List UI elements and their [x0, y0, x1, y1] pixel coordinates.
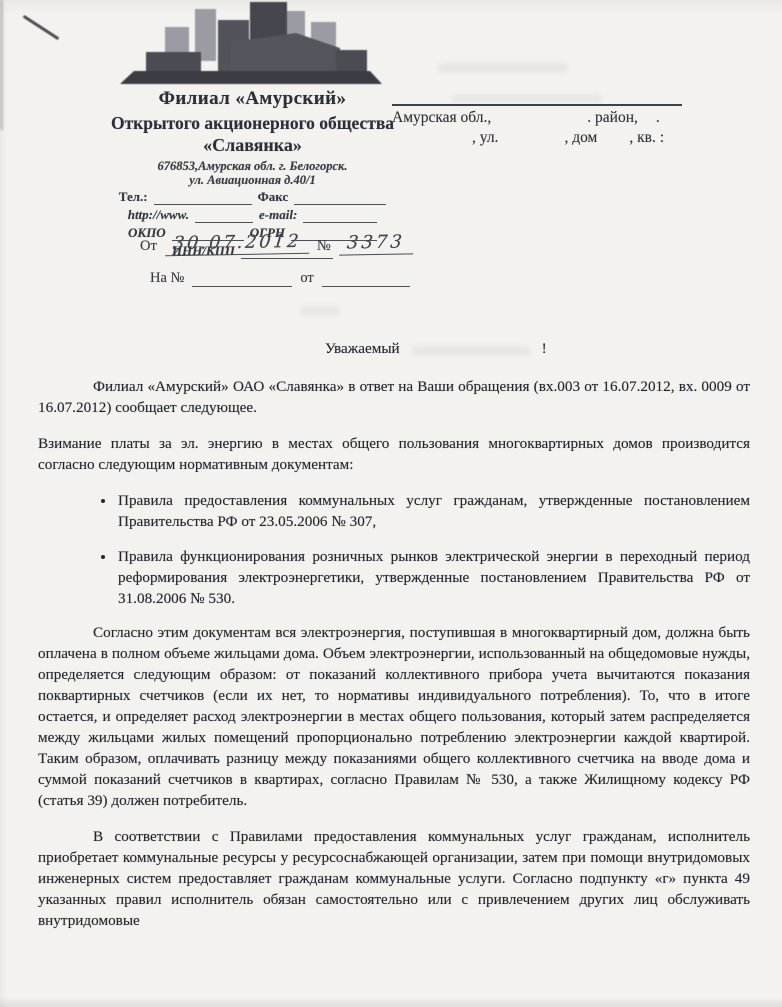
faint-ink-smudge	[300, 306, 340, 316]
org-name-line2: Открытого акционерного общества	[55, 113, 450, 133]
email-blank-line	[303, 210, 377, 223]
letterhead-tel-fax-row: Тел.: Факс	[55, 190, 450, 205]
pen-stroke-mark	[23, 15, 60, 40]
redaction-smudge	[438, 63, 568, 72]
recipient-region-text: Амурская обл.,	[392, 109, 491, 127]
na-number-label: На №	[150, 270, 184, 287]
scanned-letter-page: Филиал «Амурский» Открытого акционерного…	[0, 0, 782, 1007]
handwritten-number-field: 3373	[339, 231, 413, 255]
list-item-rules-530: Правила функционирования розничных рынко…	[116, 546, 750, 609]
incoming-number-row: На № от	[150, 270, 413, 287]
recipient-street-label: , ул.	[472, 129, 498, 147]
website-blank-line	[195, 210, 253, 223]
letterhead-web-email-row: http://www. e-mail:	[55, 208, 450, 223]
number-sign: №	[317, 238, 331, 255]
paragraph-intro: Филиал «Амурский» ОАО «Славянка» в ответ…	[38, 376, 750, 418]
salutation-line: Уважаемый !	[38, 338, 750, 359]
city-skyline-logo	[118, 0, 384, 86]
redaction-smudge	[452, 94, 602, 103]
recipient-house-label: , дом	[564, 129, 597, 147]
tel-blank-line	[154, 192, 252, 205]
paragraph-provider-duties: В соответствии с Правилами предоставлени…	[38, 826, 750, 931]
recipient-top-rule	[392, 104, 682, 106]
paragraph-calculation-method: Согласно этим документам вся электроэнер…	[38, 622, 750, 811]
tel-label: Тел.:	[119, 190, 148, 205]
handwritten-date-field: 30.07.2012	[165, 231, 309, 257]
list-item-rules-307: Правила предоставления коммунальных услу…	[116, 490, 750, 532]
recipient-line-region: Амурская обл., . район, .	[392, 109, 702, 127]
redacted-name-smudge	[412, 346, 530, 356]
org-name-line3: «Славянка»	[55, 135, 450, 156]
org-postal-address-line2: ул. Авиационная д.40/1	[55, 173, 450, 187]
incoming-date-blank	[322, 274, 410, 287]
outgoing-number-row: От 30.07.2012 № 3373	[140, 232, 413, 255]
recipient-line-street: , ул. , дом , кв. :	[392, 129, 702, 147]
regulations-list: Правила предоставления коммунальных услу…	[38, 490, 750, 609]
recipient-period-mark: .	[656, 109, 660, 127]
email-label: e-mail:	[259, 208, 297, 223]
handwritten-number: 3373	[346, 231, 406, 253]
recipient-flat-label: , кв. :	[629, 129, 664, 147]
fax-label: Факс	[258, 190, 289, 205]
recipient-address-block: Амурская обл., . район, . , ул. , дом , …	[392, 104, 702, 147]
org-postal-address-line1: 676853,Амурская обл. г. Белогорск.	[55, 159, 450, 173]
scan-edge-artifact	[0, 0, 3, 130]
reference-block: От 30.07.2012 № 3373 На № от	[140, 232, 413, 287]
ot-label: От	[140, 238, 157, 255]
paragraph-levy-basis: Взимание платы за эл. энергию в местах о…	[38, 433, 750, 475]
recipient-district-text: . район,	[587, 109, 638, 127]
salutation-exclamation: !	[542, 338, 547, 359]
letter-body: Уважаемый ! Филиал «Амурский» ОАО «Славя…	[38, 338, 750, 946]
incoming-number-blank	[192, 274, 292, 287]
fax-blank-line	[294, 192, 386, 205]
handwritten-date: 30.07.2012	[172, 231, 302, 254]
salutation-text: Уважаемый	[325, 338, 400, 359]
org-name-line1: Филиал «Амурский»	[55, 88, 450, 110]
na-ot-label: от	[300, 270, 313, 287]
website-label: http://www.	[128, 208, 189, 223]
